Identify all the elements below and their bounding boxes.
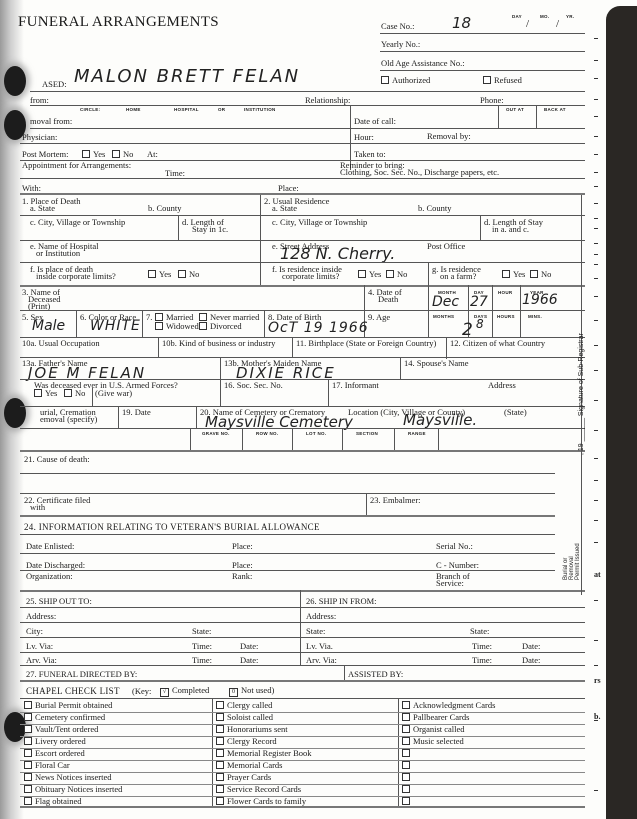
out-at-label: OUT AT xyxy=(506,107,524,112)
c-number-label: C - Number: xyxy=(436,561,479,570)
age-label: 9. Age xyxy=(368,313,390,322)
no-label: No xyxy=(541,269,551,279)
checklist-item[interactable]: Obituary Notices inserted xyxy=(24,785,122,794)
checkbox-icon xyxy=(402,785,410,793)
checklist-item-label: Memorial Register Book xyxy=(227,748,312,758)
ship-out-lv-date-label: Date: xyxy=(240,642,258,651)
death-inside-limits-label-2: inside corporate limits? xyxy=(36,272,116,281)
veteran-heading: 24. INFORMATION RELATING TO VETERAN'S BU… xyxy=(24,523,320,532)
street-address-value[interactable]: 128 N. Cherry. xyxy=(280,244,395,263)
circle-or: OR xyxy=(218,107,225,112)
age-days-value[interactable]: 8 xyxy=(476,317,484,331)
checklist-item-label: Vault/Tent ordered xyxy=(35,724,98,734)
year-prefix: , 19 xyxy=(578,443,585,455)
circle-institution[interactable]: INSTITUTION xyxy=(244,107,276,112)
circle-home[interactable]: HOME xyxy=(126,107,141,112)
key-not-used: 0Not used) xyxy=(229,686,274,697)
checklist-item[interactable]: Vault/Tent ordered xyxy=(24,725,98,734)
checkbox-icon xyxy=(402,773,410,781)
place-label: Place: xyxy=(278,184,299,193)
checkbox-icon xyxy=(24,785,32,793)
removal-by-label: Removal by: xyxy=(427,132,471,141)
checklist-item[interactable]: Flower Cards to family xyxy=(216,797,306,806)
residence-state-label: a. State xyxy=(272,204,297,213)
residence-city-label: c. City, Village or Township xyxy=(272,218,367,227)
checklist-item[interactable]: Clergy Record xyxy=(216,737,277,746)
year-label: YR. xyxy=(566,14,574,19)
give-war-label: (Give war) xyxy=(95,389,132,398)
phone-label: Phone: xyxy=(480,96,504,105)
residence-length-label-2: in a. and c. xyxy=(492,225,529,234)
checkbox-icon xyxy=(483,76,491,84)
checklist-item[interactable]: Acknowledgment Cards xyxy=(402,701,495,710)
date-of-call-label: Date of call: xyxy=(354,117,396,126)
checklist-item-label: Pallbearer Cards xyxy=(413,712,469,722)
armed-no[interactable]: No xyxy=(64,389,85,398)
divorced-label: Divorced xyxy=(210,321,242,331)
hospital-label-2: or Institution xyxy=(36,249,80,258)
enlisted-place-label: Place: xyxy=(232,542,253,551)
checklist-item[interactable] xyxy=(402,785,413,794)
residence-limits-yes[interactable]: Yes xyxy=(358,270,381,279)
deceased-name-value[interactable]: MALON BRETT FELAN xyxy=(74,66,300,87)
checklist-item-label: News Notices inserted xyxy=(35,772,111,782)
punch-hole xyxy=(4,398,26,428)
no-label: No xyxy=(189,269,199,279)
checklist-item[interactable]: Livery ordered xyxy=(24,737,86,746)
post-office-label: Post Office xyxy=(427,242,465,251)
checkbox-icon xyxy=(402,761,410,769)
funeral-directed-label: 27. FUNERAL DIRECTED BY: xyxy=(26,670,137,679)
discharged-place-label: Place: xyxy=(232,561,253,570)
lot-no-col: LOT NO. xyxy=(306,431,326,436)
checklist-item-label: Cemetery confirmed xyxy=(35,712,105,722)
checklist-item-label: Obituary Notices inserted xyxy=(35,784,122,794)
certificate-label-2: with xyxy=(30,503,45,512)
checkbox-icon xyxy=(199,322,207,330)
not-used-label: Not used) xyxy=(241,685,274,695)
marital-label: 7. xyxy=(146,313,152,322)
ship-out-state-label: State: xyxy=(192,627,211,636)
assisted-by-label: ASSISTED BY: xyxy=(348,670,403,679)
reminder-items: Clothing, Soc. Sec. No., Discharge paper… xyxy=(340,168,499,177)
checklist-heading: CHAPEL CHECK LIST xyxy=(26,687,120,696)
checkbox-icon xyxy=(112,150,120,158)
dob-value[interactable]: OcT 19 1966 xyxy=(268,320,369,336)
birthplace-label: 11. Birthplace (State or Foreign Country… xyxy=(296,339,436,348)
checkbox-icon xyxy=(216,797,224,805)
ship-out-city-label: City: xyxy=(26,627,43,636)
edge-text: rs xyxy=(594,676,601,685)
checkbox-icon xyxy=(24,749,32,757)
at-label: At: xyxy=(147,150,158,159)
ship-out-lv-time-label: Time: xyxy=(192,642,212,651)
time-label: Time: xyxy=(165,169,185,178)
embalmer-label: 23. Embalmer: xyxy=(370,496,421,505)
checklist-item[interactable] xyxy=(402,773,413,782)
rank-label: Rank: xyxy=(232,572,252,581)
death-limits-no[interactable]: No xyxy=(178,270,199,279)
checkbox-icon xyxy=(24,701,32,709)
residence-limits-no[interactable]: No xyxy=(386,270,407,279)
ship-out-arv-via-label: Arv. Via: xyxy=(26,656,57,665)
checklist-item[interactable]: Organist called xyxy=(402,725,465,734)
death-limits-yes[interactable]: Yes xyxy=(148,270,171,279)
serial-no-label: Serial No.: xyxy=(436,542,473,551)
form-title: FUNERAL ARRANGEMENTS xyxy=(18,14,219,31)
with-label: With: xyxy=(22,184,41,193)
physician-label: Physician: xyxy=(22,133,57,142)
relationship-label: Relationship: xyxy=(305,96,350,105)
branch-label-2: Service: xyxy=(436,579,464,588)
scan-edge xyxy=(606,6,637,819)
ship-in-lv-time-label: Time: xyxy=(472,642,492,651)
checklist-item[interactable] xyxy=(402,761,413,770)
checklist-item[interactable]: Escort ordered xyxy=(24,749,85,758)
checklist-item-label: Floral Car xyxy=(35,760,70,770)
citizen-label: 12. Citizen of what Country xyxy=(450,339,545,348)
checkbox-icon xyxy=(381,76,389,84)
checklist-item-label: Flag obtained xyxy=(35,796,82,806)
checklist-item-label: Acknowledgment Cards xyxy=(413,700,495,710)
burial-date-label: 19. Date xyxy=(122,408,151,417)
ship-out-heading: 25. SHIP OUT TO: xyxy=(26,597,92,606)
checkbox-icon xyxy=(402,797,410,805)
checklist-item-label: Prayer Cards xyxy=(227,772,271,782)
case-no-label: Case No.: xyxy=(381,22,415,31)
spouse-label: 14. Spouse's Name xyxy=(404,359,469,368)
mins-col: MINS. xyxy=(528,314,542,319)
no-label: No xyxy=(123,149,133,159)
checkbox-icon xyxy=(24,797,32,805)
yes-label: Yes xyxy=(93,149,105,159)
ship-out-arv-time-label: Time: xyxy=(192,656,212,665)
taken-to-label: Taken to: xyxy=(354,150,386,159)
checkbox-icon xyxy=(216,737,224,745)
months-col: MONTHS xyxy=(433,314,454,319)
row-no-col: ROW NO. xyxy=(256,431,278,436)
checklist-item-label: Honorariums sent xyxy=(227,724,288,734)
death-month-value[interactable]: Dec xyxy=(432,294,459,310)
checkbox-icon xyxy=(402,713,410,721)
grave-no-col: GRAVE NO. xyxy=(202,431,230,436)
checklist-item[interactable]: Soloist called xyxy=(216,713,273,722)
call-from-label: from: xyxy=(30,96,49,105)
ship-out-lv-via-label: Lv. Via: xyxy=(26,642,53,651)
checklist-item[interactable]: Memorial Cards xyxy=(216,761,282,770)
removal-from-label: moval from: xyxy=(30,117,72,126)
checklist-item[interactable]: Honorariums sent xyxy=(216,725,288,734)
checkbox-icon xyxy=(82,150,90,158)
widowed-label: Widowed xyxy=(166,321,199,331)
checkbox-icon xyxy=(402,749,410,757)
widowed-checkbox[interactable]: Widowed xyxy=(155,322,199,331)
checkbox-icon xyxy=(64,389,72,397)
checklist-item-label: Soloist called xyxy=(227,712,273,722)
cause-of-death-label: 21. Cause of death: xyxy=(24,455,90,464)
checkbox-icon xyxy=(34,389,42,397)
business-label: 10b. Kind of business or industry xyxy=(162,339,275,348)
divorced-checkbox[interactable]: Divorced xyxy=(199,322,242,331)
checklist-item[interactable] xyxy=(402,749,413,758)
death-year-value[interactable]: 1966 xyxy=(522,292,558,308)
ssn-label: 16. Soc. Sec. No. xyxy=(224,381,283,390)
checklist-item[interactable]: Floral Car xyxy=(24,761,70,770)
date-enlisted-label: Date Enlisted: xyxy=(26,542,74,551)
date-of-death-label-2: Death xyxy=(378,295,398,304)
informant-label: 17. Informant xyxy=(332,381,379,390)
appointment-label: Appointment for Arrangements: xyxy=(22,161,131,170)
punch-hole xyxy=(4,66,26,96)
day-label: DAY xyxy=(512,14,522,19)
death-length-label-2: Stay in 1c. xyxy=(192,225,228,234)
farm-label-2: on a farm? xyxy=(440,272,476,281)
armed-yes[interactable]: Yes xyxy=(34,389,57,398)
checkbox-icon xyxy=(178,270,186,278)
checklist-item[interactable] xyxy=(402,797,413,806)
checkbox-icon xyxy=(216,749,224,757)
checklist-item-label: Escort ordered xyxy=(35,748,85,758)
ship-in-lv-date-label: Date: xyxy=(522,642,540,651)
deceased-label: ASED: xyxy=(42,80,67,89)
post-mortem-no[interactable]: No xyxy=(112,150,133,159)
section-col: SECTION xyxy=(356,431,378,436)
checkbox-icon xyxy=(24,725,32,733)
ship-out-address-label: Address: xyxy=(26,612,56,621)
checkbox-icon xyxy=(530,270,538,278)
yes-label: Yes xyxy=(369,269,381,279)
edge-text: at xyxy=(594,570,601,579)
death-county-label: b. County xyxy=(148,204,182,213)
case-no-value[interactable]: 18 xyxy=(452,14,471,32)
ship-in-arv-date-label: Date: xyxy=(522,656,540,665)
hour-label: Hour: xyxy=(354,133,374,142)
checkbox-icon xyxy=(216,701,224,709)
month-label: MO. xyxy=(540,14,549,19)
checklist-item-label: Flower Cards to family xyxy=(227,796,306,806)
ship-in-arv-time-label: Time: xyxy=(472,656,492,665)
farm-no[interactable]: No xyxy=(530,270,551,279)
checklist-item[interactable]: Memorial Register Book xyxy=(216,749,312,758)
checklist-item[interactable]: Music selected xyxy=(402,737,464,746)
farm-yes[interactable]: Yes xyxy=(502,270,525,279)
death-state-label: a. State xyxy=(30,204,55,213)
key-completed: √Completed xyxy=(160,686,209,697)
yes-label: Yes xyxy=(159,269,171,279)
checklist-item-label: Livery ordered xyxy=(35,736,86,746)
post-mortem-label: Post Mortem: xyxy=(22,150,69,159)
checkbox-icon xyxy=(24,737,32,745)
signature-sub-registrar-label: , 19 ______ Signature of Sub-Registrar xyxy=(578,333,585,455)
punch-hole xyxy=(4,712,26,742)
checklist-item[interactable]: Service Record Cards xyxy=(216,785,301,794)
checkbox-icon xyxy=(216,713,224,721)
permit-issued-label: Burial or Removal Permit Issued xyxy=(563,540,581,580)
checklist-item-label: Organist called xyxy=(413,724,465,734)
checklist-item-label: Burial Permit obtained xyxy=(35,700,112,710)
death-day-value[interactable]: 27 xyxy=(470,294,488,310)
date-slash: / xyxy=(556,20,559,29)
location-value[interactable]: Maysville. xyxy=(403,411,477,429)
residence-county-label: b. County xyxy=(418,204,452,213)
ship-in-lv-via-label: Lv. Via. xyxy=(306,642,333,651)
race-value[interactable]: WHITE xyxy=(90,318,141,334)
checkbox-icon xyxy=(155,313,163,321)
checkbox-icon xyxy=(24,773,32,781)
checklist-item[interactable]: Cemetery confirmed xyxy=(24,713,105,722)
residence-inside-limits-label-2: corporate limits? xyxy=(282,272,339,281)
ship-in-state-label: State: xyxy=(306,627,325,636)
checklist-item[interactable]: Burial Permit obtained xyxy=(24,701,112,710)
authorized-checkbox[interactable]: Authorized xyxy=(381,76,430,85)
checkbox-icon xyxy=(502,270,510,278)
checkbox-icon xyxy=(402,701,410,709)
checkbox-icon xyxy=(199,313,207,321)
checkbox-icon xyxy=(155,322,163,330)
checklist-item[interactable]: Prayer Cards xyxy=(216,773,271,782)
signature-label: Signature of Sub-Registrar xyxy=(578,333,585,416)
checklist-item[interactable]: Flag obtained xyxy=(24,797,82,806)
no-label: No xyxy=(75,388,85,398)
authorized-label: Authorized xyxy=(392,75,430,85)
checkbox-icon xyxy=(386,270,394,278)
checkbox-icon xyxy=(402,725,410,733)
checkbox-icon xyxy=(24,761,32,769)
back-at-label: BACK AT xyxy=(544,107,566,112)
range-col: RANGE xyxy=(408,431,426,436)
ship-in-arv-via-label: Arv. Via: xyxy=(306,656,337,665)
checkbox-icon xyxy=(148,270,156,278)
key-label: (Key: xyxy=(132,687,151,696)
hours-col: HOURS xyxy=(497,314,515,319)
checkbox-icon xyxy=(216,761,224,769)
organization-label: Organization: xyxy=(26,572,73,581)
not-used-icon: 0 xyxy=(229,688,238,697)
checklist-item[interactable]: News Notices inserted xyxy=(24,773,111,782)
checkbox-icon xyxy=(24,713,32,721)
yes-label: Yes xyxy=(45,388,57,398)
check-icon: √ xyxy=(160,688,169,697)
ship-in-heading: 26. SHIP IN FROM: xyxy=(306,597,377,606)
yes-label: Yes xyxy=(513,269,525,279)
post-mortem-yes[interactable]: Yes xyxy=(82,150,105,159)
completed-label: Completed xyxy=(172,685,209,695)
occupation-label: 10a. Usual Occupation xyxy=(22,339,100,348)
checkbox-icon xyxy=(402,737,410,745)
checklist-item[interactable]: Pallbearer Cards xyxy=(402,713,469,722)
checkbox-icon xyxy=(216,773,224,781)
date-discharged-label: Date Discharged: xyxy=(26,561,85,570)
refused-checkbox[interactable]: Refused xyxy=(483,76,522,85)
ship-in-state-label-2: State: xyxy=(470,627,489,636)
burial-label-2: emoval (specify) xyxy=(40,415,97,424)
checkbox-icon xyxy=(358,270,366,278)
date-slash: / xyxy=(526,20,529,29)
checklist-item-label: Music selected xyxy=(413,736,464,746)
sex-value[interactable]: Male xyxy=(32,318,65,334)
ship-out-arv-date-label: Date: xyxy=(240,656,258,665)
circle-hospital[interactable]: HOSPITAL xyxy=(174,107,199,112)
checkbox-icon xyxy=(216,725,224,733)
checklist-item[interactable]: Clergy called xyxy=(216,701,272,710)
checkbox-icon xyxy=(216,785,224,793)
hour-col: HOUR xyxy=(498,290,512,295)
no-label: No xyxy=(397,269,407,279)
burial-state-label: (State) xyxy=(504,408,527,417)
checklist-item-label: Memorial Cards xyxy=(227,760,282,770)
informant-address-label: Address xyxy=(488,381,516,390)
refused-label: Refused xyxy=(494,75,522,85)
death-city-label: c. City, Village or Township xyxy=(30,218,125,227)
checklist-item-label: Clergy Record xyxy=(227,736,277,746)
yearly-no-label: Yearly No.: xyxy=(381,40,420,49)
circle-label: CIRCLE: xyxy=(80,107,100,112)
old-age-label: Old Age Assistance No.: xyxy=(381,59,465,68)
checklist-item-label: Clergy called xyxy=(227,700,272,710)
ship-in-address-label: Address: xyxy=(306,612,336,621)
funeral-arrangements-form: FUNERAL ARRANGEMENTS Case No.: 18 DAY MO… xyxy=(0,0,637,819)
checklist-item-label: Service Record Cards xyxy=(227,784,301,794)
